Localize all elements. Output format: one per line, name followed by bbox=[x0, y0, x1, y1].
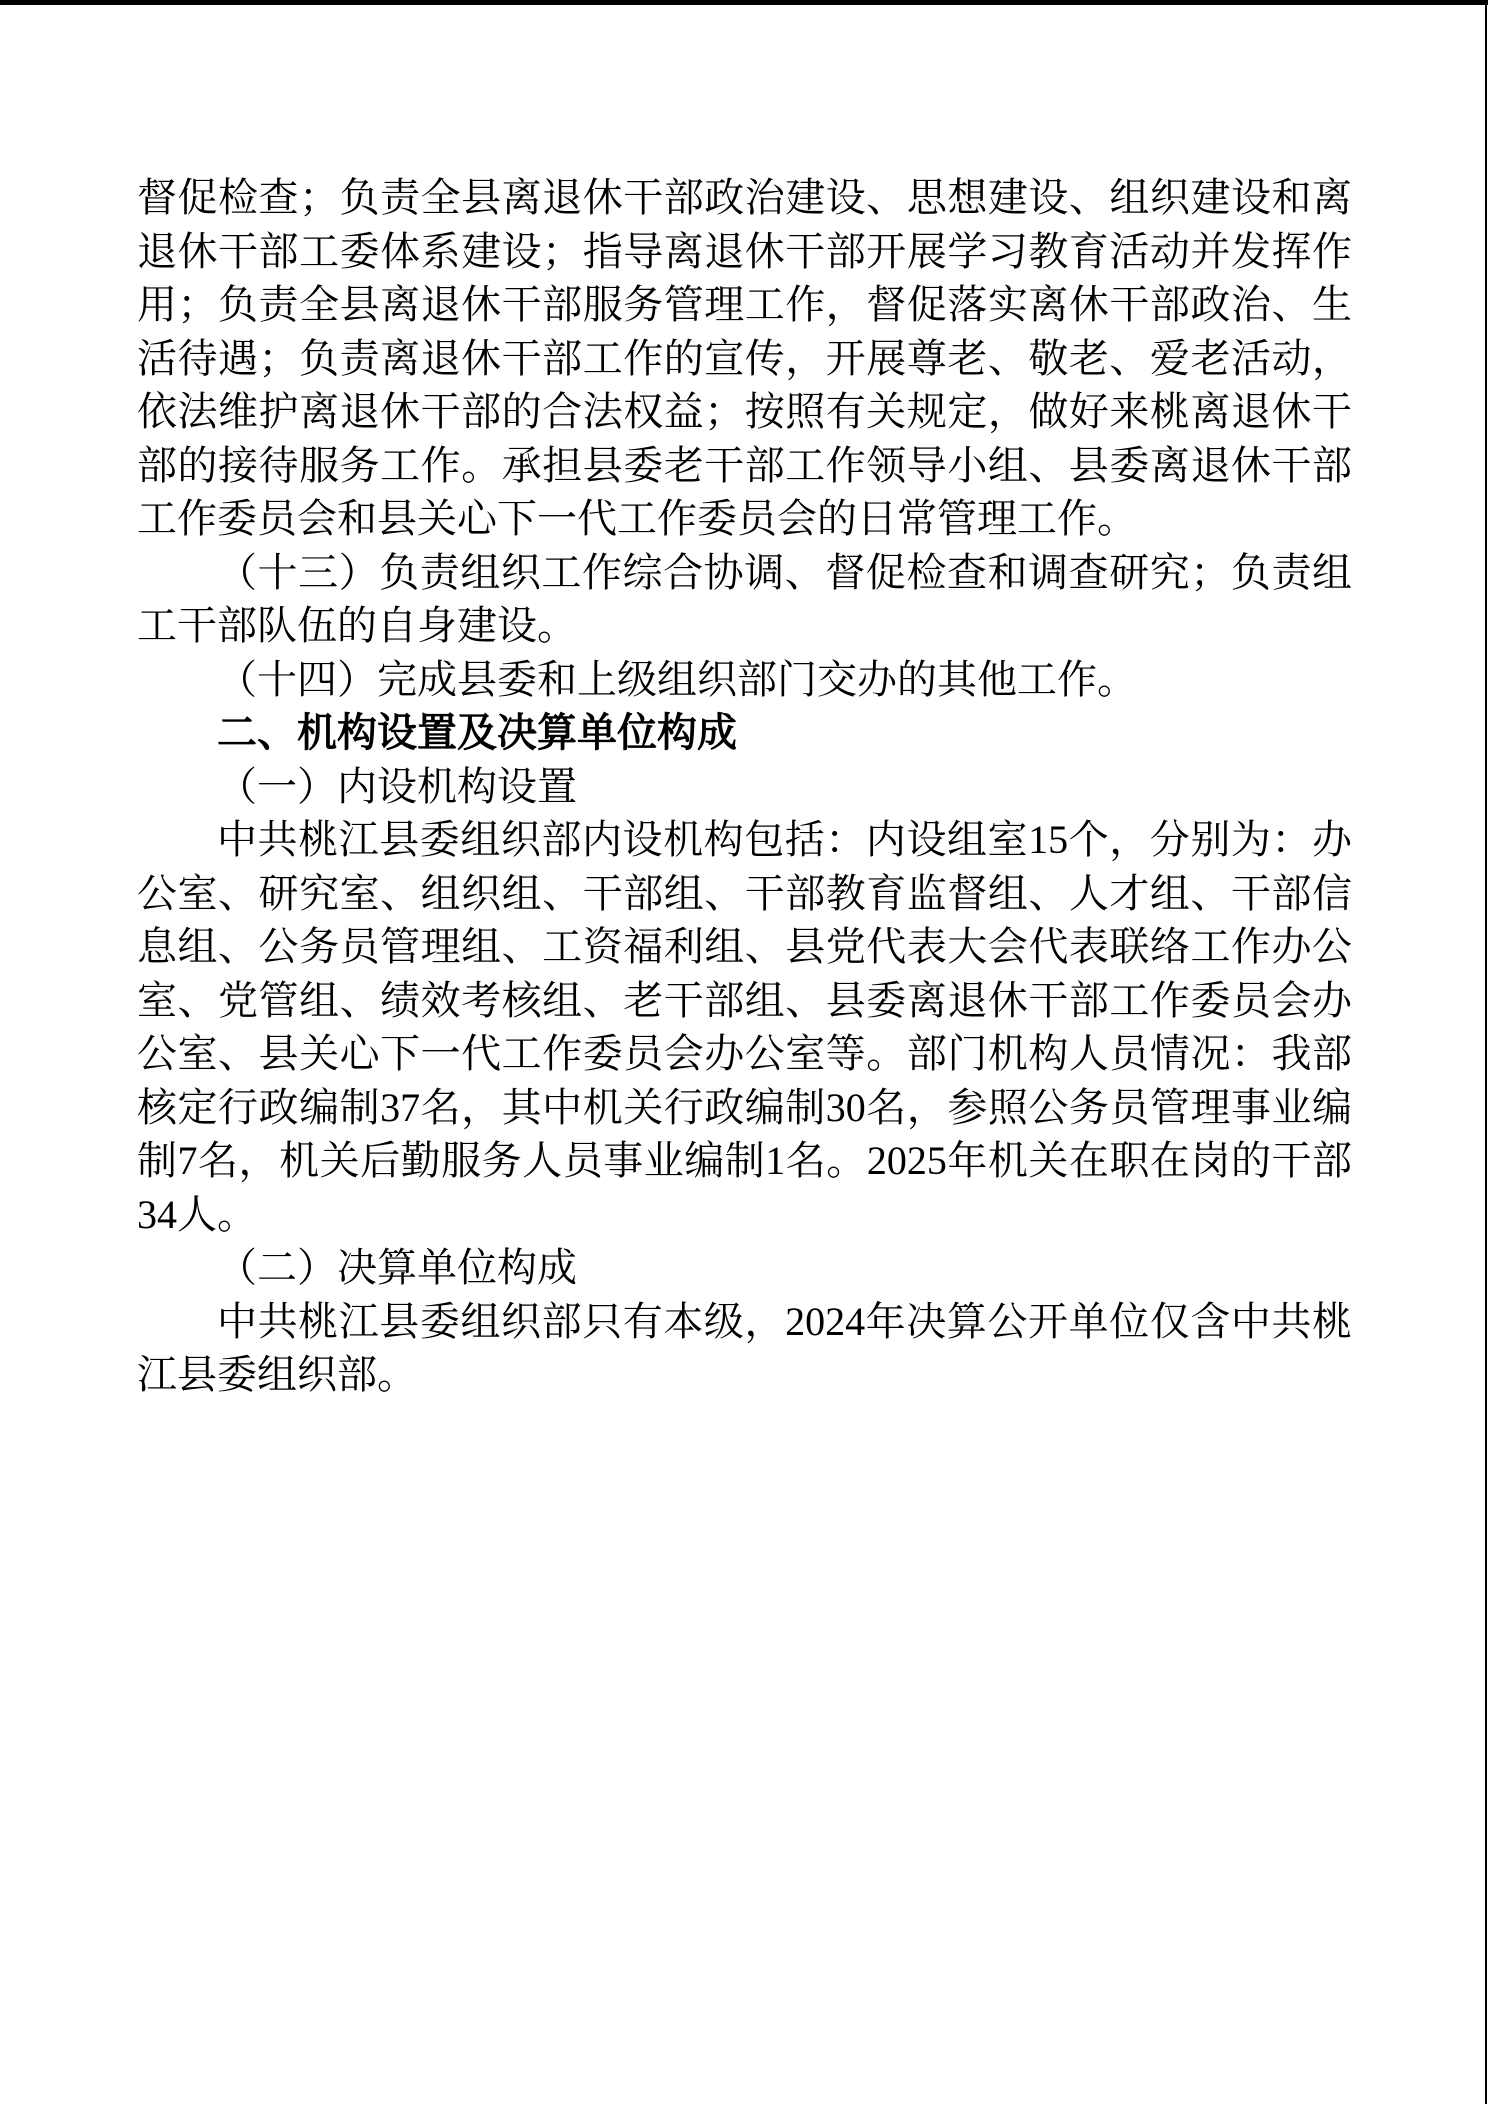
document-body: 督促检查；负责全县离退休干部政治建设、思想建设、组织建设和离退休干部工委体系建设… bbox=[137, 171, 1352, 1402]
paragraph-internal-structure-details: 中共桃江县委组织部内设机构包括：内设组室15个，分别为：办公室、研究室、组织组、… bbox=[137, 813, 1352, 1241]
subsection-heading-accounting-units: （二）决算单位构成 bbox=[137, 1241, 1352, 1295]
section-heading-organization-setup: 二、机构设置及决算单位构成 bbox=[137, 706, 1352, 760]
top-border-line bbox=[0, 0, 1488, 5]
paragraph-item-fourteen: （十四）完成县委和上级组织部门交办的其他工作。 bbox=[137, 653, 1352, 707]
paragraph-retired-cadres-duties: 督促检查；负责全县离退休干部政治建设、思想建设、组织建设和离退休干部工委体系建设… bbox=[137, 171, 1352, 546]
document-page: 督促检查；负责全县离退休干部政治建设、思想建设、组织建设和离退休干部工委体系建设… bbox=[0, 0, 1488, 2104]
paragraph-accounting-units-details: 中共桃江县委组织部只有本级，2024年决算公开单位仅含中共桃江县委组织部。 bbox=[137, 1295, 1352, 1402]
subsection-heading-internal-structure: （一）内设机构设置 bbox=[137, 760, 1352, 814]
paragraph-item-thirteen: （十三）负责组织工作综合协调、督促检查和调查研究；负责组工干部队伍的自身建设。 bbox=[137, 546, 1352, 653]
right-border-line bbox=[1485, 0, 1487, 2104]
